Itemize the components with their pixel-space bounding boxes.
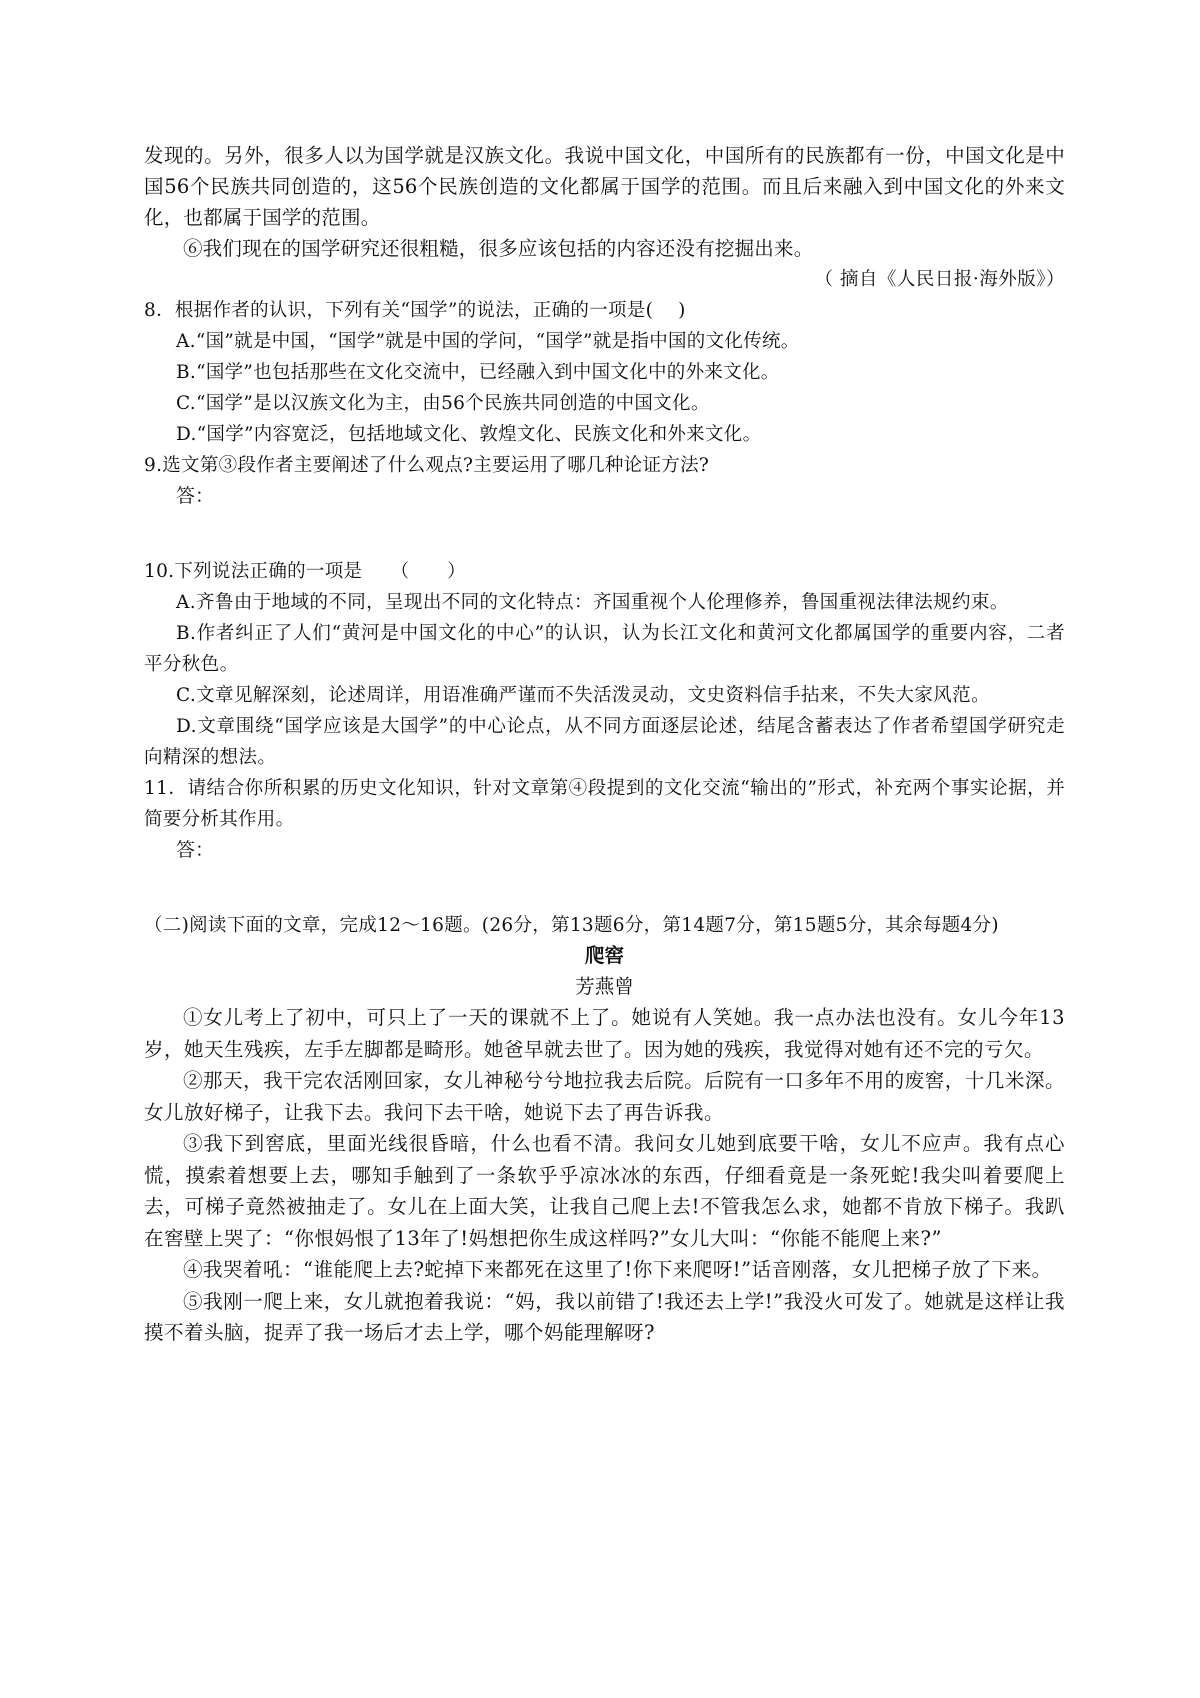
- question-8-option-b: B.“国学”也包括那些在文化交流中，已经融入到中国文化中的外来文化。: [144, 357, 1065, 388]
- question-9-answer-space[interactable]: [144, 512, 1065, 556]
- exam-page: 发现的。另外，很多人以为国学就是汉族文化。我说中国文化，中国所有的民族都有一份，…: [144, 140, 1065, 1349]
- question-10-option-b: B.作者纠正了人们“黄河是中国文化的中心”的认识，认为长江文化和黄河文化都属国学…: [144, 618, 1065, 680]
- question-11-stem: 11．请结合你所积累的历史文化知识，针对文章第④段提到的文化交流“输出的”形式，…: [144, 773, 1065, 835]
- story-paragraph-2: ②那天，我干完农活刚回家，女儿神秘兮兮地拉我去后院。后院有一口多年不用的废窖，十…: [144, 1065, 1065, 1128]
- question-9-answer-label: 答：: [144, 481, 1065, 512]
- question-8-option-d: D.“国学”内容宽泛，包括地域文化、敦煌文化、民族文化和外来文化。: [144, 419, 1065, 450]
- section-two-instructions: （二)阅读下面的文章，完成12～16题。(26分，第13题6分，第14题7分，第…: [144, 910, 1065, 941]
- question-10-option-c: C.文章见解深刻，论述周详，用语准确严谨而不失活泼灵动，文史资料信手拈来，不失大…: [144, 680, 1065, 711]
- question-10-stem: 10.下列说法正确的一项是 （ ）: [144, 556, 1065, 587]
- question-8-option-a: A.“国”就是中国，“国学”就是中国的学问，“国学”就是指中国的文化传统。: [144, 326, 1065, 357]
- question-8-option-c: C.“国学”是以汉族文化为主，由56个民族共同创造的中国文化。: [144, 388, 1065, 419]
- section-two: （二)阅读下面的文章，完成12～16题。(26分，第13题6分，第14题7分，第…: [144, 910, 1065, 1349]
- question-11-answer-label: 答：: [144, 835, 1065, 866]
- story-title: 爬窖: [144, 941, 1065, 971]
- question-9-stem: 9.选文第③段作者主要阐述了什么观点?主要运用了哪几种论证方法?: [144, 450, 1065, 481]
- question-11: 11．请结合你所积累的历史文化知识，针对文章第④段提到的文化交流“输出的”形式，…: [144, 773, 1065, 910]
- passage-source: （ 摘自《人民日报·海外版》）: [144, 264, 1065, 295]
- story-paragraph-3: ③我下到窖底，里面光线很昏暗，什么也看不清。我问女儿她到底要干啥，女儿不应声。我…: [144, 1128, 1065, 1254]
- story-author: 芳燕曾: [144, 971, 1065, 1002]
- story-paragraph-5: ⑤我刚一爬上来，女儿就抱着我说：“妈，我以前错了!我还去上学!”我没火可发了。她…: [144, 1286, 1065, 1349]
- question-11-answer-space[interactable]: [144, 866, 1065, 910]
- story-paragraph-1: ①女儿考上了初中，可只上了一天的课就不上了。她说有人笑她。我一点办法也没有。女儿…: [144, 1002, 1065, 1065]
- question-8-stem: 8．根据作者的认识，下列有关“国学”的说法，正确的一项是( ): [144, 295, 1065, 326]
- question-9: 9.选文第③段作者主要阐述了什么观点?主要运用了哪几种论证方法? 答：: [144, 450, 1065, 556]
- question-10-option-a: A.齐鲁由于地域的不同，呈现出不同的文化特点：齐国重视个人伦理修养，鲁国重视法律…: [144, 587, 1065, 618]
- question-10-option-d: D.文章围绕“国学应该是大国学”的中心论点，从不同方面逐层论述，结尾含蓄表达了作…: [144, 711, 1065, 773]
- passage-continuation: 发现的。另外，很多人以为国学就是汉族文化。我说中国文化，中国所有的民族都有一份，…: [144, 140, 1065, 233]
- question-8: 8．根据作者的认识，下列有关“国学”的说法，正确的一项是( ) A.“国”就是中…: [144, 295, 1065, 450]
- question-10: 10.下列说法正确的一项是 （ ） A.齐鲁由于地域的不同，呈现出不同的文化特点…: [144, 556, 1065, 773]
- passage-paragraph-6: ⑥我们现在的国学研究还很粗糙，很多应该包括的内容还没有挖掘出来。: [144, 233, 1065, 264]
- story-paragraph-4: ④我哭着吼：“谁能爬上去?蛇掉下来都死在这里了!你下来爬呀!”话音刚落，女儿把梯…: [144, 1254, 1065, 1286]
